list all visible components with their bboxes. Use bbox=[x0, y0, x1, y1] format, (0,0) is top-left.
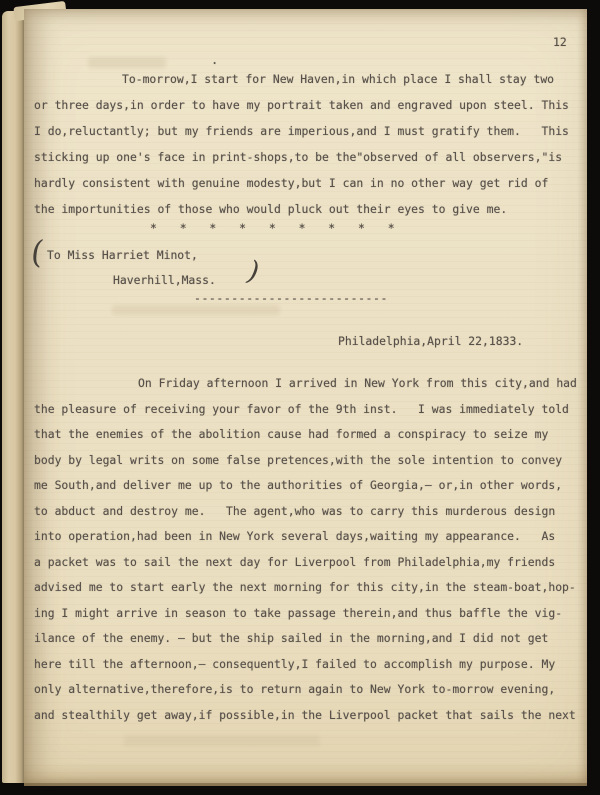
typed-line: sticking up one's face in print-shops,to… bbox=[34, 144, 587, 170]
typed-line: ing I might arrive in season to take pas… bbox=[34, 601, 587, 627]
typed-line: the importunities of those who would plu… bbox=[34, 196, 587, 222]
dateline: Philadelphia,April 22,1833. bbox=[338, 334, 523, 348]
typed-line: body by legal writs on some false preten… bbox=[34, 448, 587, 474]
typed-line: a packet was to sail the next day for Li… bbox=[34, 550, 587, 576]
typed-line: and stealthily get away,if possible,in t… bbox=[34, 703, 587, 729]
typed-line: I do,reluctantly; but my friends are imp… bbox=[34, 118, 587, 144]
page-number: 12 bbox=[553, 35, 567, 49]
handwritten-open-paren: ( bbox=[30, 235, 45, 272]
asterisk-separator: * * * * * * * * * bbox=[150, 221, 395, 235]
typed-line: only alternative,therefore,is to return … bbox=[34, 677, 587, 703]
typed-line: ilance of the enemy. — but the ship sail… bbox=[34, 626, 587, 652]
handwritten-close-paren: ) bbox=[245, 255, 261, 287]
typed-line: into operation,had been in New York seve… bbox=[34, 524, 587, 550]
letter-page: 12 . To-morrow,I start for New Haven,in … bbox=[24, 9, 587, 786]
typed-line: or three days,in order to have my portra… bbox=[34, 92, 587, 118]
typed-line: here till the afternoon,— consequently,I… bbox=[34, 652, 587, 678]
typed-line: On Friday afternoon I arrived in New Yor… bbox=[34, 371, 587, 397]
typed-line: to abduct and destroy me. The agent,who … bbox=[34, 499, 587, 525]
typed-line: that the enemies of the abolition cause … bbox=[34, 422, 587, 448]
paragraph-1: To-morrow,I start for New Haven,in which… bbox=[34, 66, 587, 222]
typed-line: me South,and deliver me up to the author… bbox=[34, 473, 587, 499]
book-gutter-edge bbox=[2, 11, 24, 783]
bleed-through-mark bbox=[124, 735, 320, 746]
addressee-name: To Miss Harriet Minot, bbox=[47, 248, 198, 262]
typed-line: advised me to start early the next morni… bbox=[34, 575, 587, 601]
stray-dot-mark: . bbox=[211, 53, 218, 67]
scanned-letter-photo: 12 . To-morrow,I start for New Haven,in … bbox=[0, 0, 600, 795]
typed-line: hardly consistent with genuine modesty,b… bbox=[34, 170, 587, 196]
typed-line: the pleasure of receiving your favor of … bbox=[34, 397, 587, 423]
typed-dashed-rule: -------------------------- bbox=[194, 285, 388, 311]
paragraph-2: On Friday afternoon I arrived in New Yor… bbox=[34, 371, 587, 728]
typed-line: To-morrow,I start for New Haven,in which… bbox=[34, 66, 587, 92]
